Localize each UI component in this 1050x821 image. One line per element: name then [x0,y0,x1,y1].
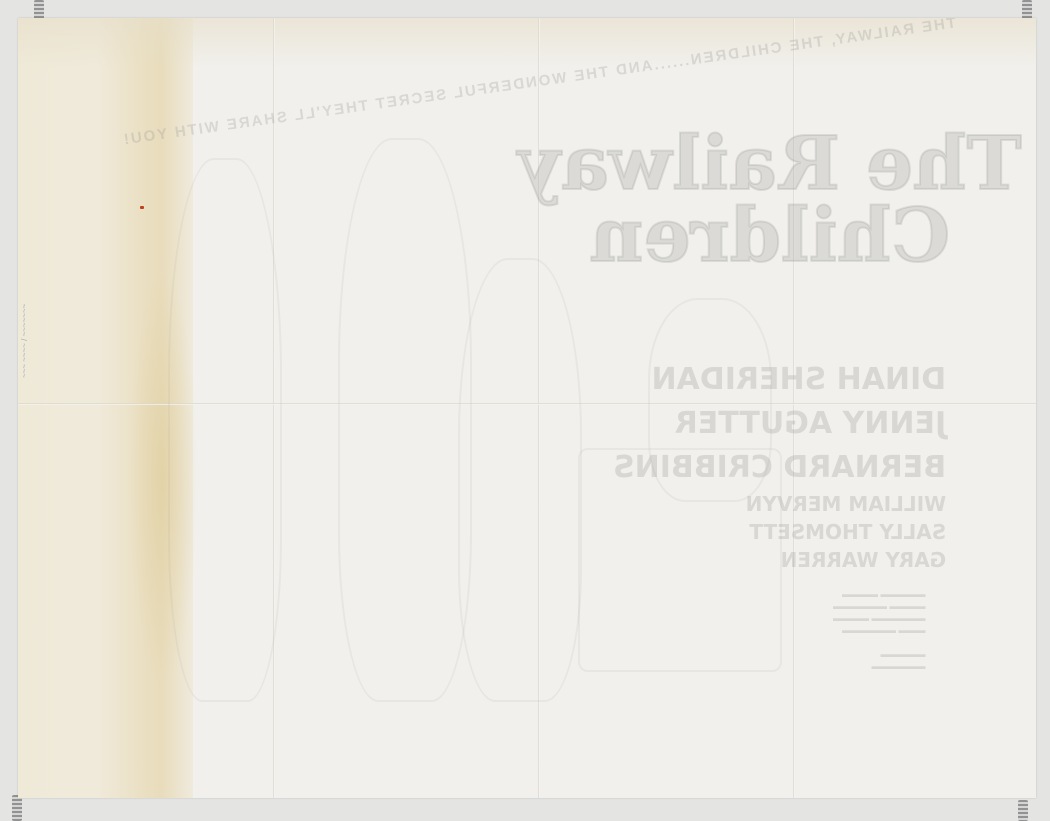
title-line-1: The Railway [518,128,1022,200]
show-through-credits-block: ▬▬▬▬▬ ▬▬▬▬▬▬▬▬ ▬▬▬▬▬▬▬▬▬▬▬▬ ▬▬▬▬▬▬▬ ▬▬▬▬… [833,588,926,672]
title-line-2: Children [518,200,1022,272]
cast-6: GARY WARREN [613,546,946,574]
show-through-title: The Railway Children [518,128,1022,272]
red-mark [140,206,144,209]
cast-4: WILLIAM MERVYN [613,490,946,518]
ghost-figure-boy [458,258,582,702]
pencil-annotation: ~~~ ~~~~ / ~~~~~~~ [20,304,29,378]
cast-5: SALLY THOMSETT [613,518,946,546]
cast-2: JENNY AGUTTER [613,402,946,446]
cast-1: DINAH SHERIDAN [613,358,946,402]
ghost-figure-girl [168,158,282,702]
ghost-figure-woman [338,138,472,702]
corner-clip-bottom-right [1018,800,1028,821]
corner-clip-bottom-left [12,795,22,821]
cast-3: BERNARD CRIBBINS [613,446,946,490]
poster-back: THE RAILWAY, THE CHILDREN......AND THE W… [18,18,1036,798]
show-through-cast: DINAH SHERIDAN JENNY AGUTTER BERNARD CRI… [613,358,946,574]
